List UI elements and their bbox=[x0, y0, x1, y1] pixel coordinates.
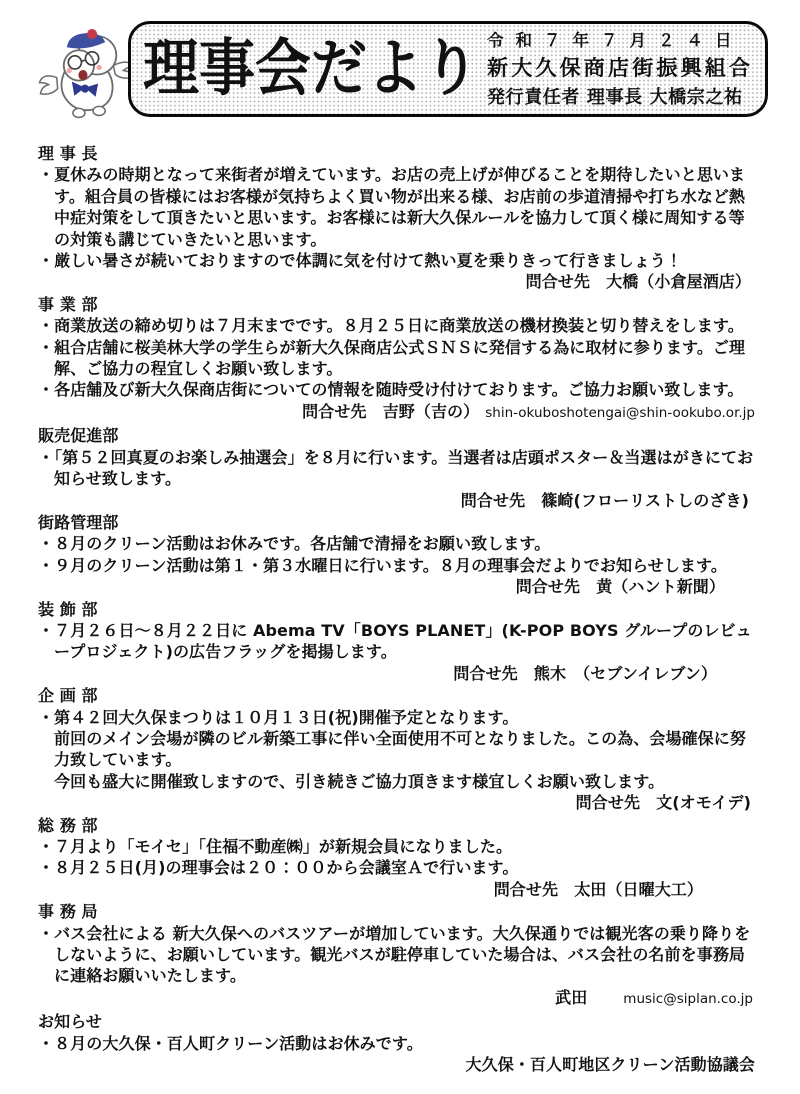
newsletter-body: 理 事 長 ・夏休みの時期となって来街者が増えています。お店の売上げが伸びること… bbox=[0, 120, 800, 1075]
issue-date: 令和７年７月２４日 bbox=[487, 28, 762, 53]
section-heading: 理 事 長 bbox=[38, 143, 755, 164]
contact-line: 問合せ先 文(オモイデ) bbox=[38, 792, 751, 813]
bullet-item: ・厳しい暑さが続いておりますので体調に気を付けて熱い夏を乗りきって行きましょう！ bbox=[38, 250, 755, 271]
contact-line: 問合せ先 篠崎(フローリストしのざき) bbox=[38, 490, 749, 511]
section-decoration-dept: 装 飾 部 ・７月２６日～８月２２日に Abema TV「BOYS PLANET… bbox=[38, 599, 755, 685]
bullet-item: ・組合店舗に桜美林大学の学生らが新大久保商店公式ＳＮＳに発信する為に取材に参りま… bbox=[38, 337, 755, 380]
bullet-item: ・７月より「モイセ」「住福不動産㈱」が新規会員になりました。 bbox=[38, 836, 755, 857]
publisher-line: 発行責任者 理事長 大橋宗之祐 bbox=[487, 84, 750, 111]
section-general-affairs-dept: 総 務 部 ・７月より「モイセ」「住福不動産㈱」が新規会員になりました。 ・８月… bbox=[38, 815, 755, 901]
section-heading: 街路管理部 bbox=[38, 512, 755, 533]
section-heading: 総 務 部 bbox=[38, 815, 755, 836]
section-sales-promotion-dept: 販売促進部 ・「第５２回真夏のお楽しみ抽選会」を８月に行います。当選者は店頭ポス… bbox=[38, 425, 755, 511]
masthead: 理事会だより 令和７年７月２４日 新大久保商店街振興組合 発行責任者 理事長 大… bbox=[0, 21, 800, 120]
section-heading: お知らせ bbox=[38, 1011, 755, 1032]
section-street-management-dept: 街路管理部 ・８月のクリーン活動はお休みです。各店舗で清掃をお願い致します。 ・… bbox=[38, 512, 755, 598]
contact-line: 大久保・百人町地区クリーン活動協議会 bbox=[38, 1054, 755, 1075]
newsletter-title: 理事会だより bbox=[143, 38, 479, 100]
bullet-item: ・夏休みの時期となって来街者が増えています。お店の売上げが伸びることを期待したい… bbox=[38, 164, 755, 250]
bullet-item: ・バス会社による 新大久保へのバスツアーが増加しています。大久保通りでは観光客の… bbox=[38, 923, 755, 987]
contact-email: shin-okuboshotengai@shin-ookubo.or.jp bbox=[485, 405, 755, 421]
contact-line: 問合せ先 大橋（小倉屋酒店） bbox=[38, 271, 751, 292]
masthead-box: 理事会だより 令和７年７月２４日 新大久保商店街振興組合 発行責任者 理事長 大… bbox=[128, 21, 768, 117]
bullet-item: ・８月のクリーン活動はお休みです。各店舗で清掃をお願い致します。 bbox=[38, 533, 755, 554]
section-heading: 事 業 部 bbox=[38, 294, 755, 315]
bullet-item: ・各店舗及び新大久保商店街についての情報を随時受け付けております。ご協力お願い致… bbox=[38, 379, 755, 400]
masthead-info: 令和７年７月２４日 新大久保商店街振興組合 発行責任者 理事長 大橋宗之祐 bbox=[487, 28, 750, 111]
section-heading: 企 画 部 bbox=[38, 685, 755, 706]
section-chairman: 理 事 長 ・夏休みの時期となって来街者が増えています。お店の売上げが伸びること… bbox=[38, 143, 755, 293]
bullet-item: ・商業放送の締め切りは７月末までです。８月２５日に商業放送の機材換装と切り替えを… bbox=[38, 315, 755, 336]
organization-name: 新大久保商店街振興組合 bbox=[487, 53, 753, 84]
section-notice: お知らせ ・８月の大久保・百人町クリーン活動はお休みです。 大久保・百人町地区ク… bbox=[38, 1011, 755, 1075]
bullet-item: ・９月のクリーン活動は第１・第３水曜日に行います。８月の理事会だよりでお知らせし… bbox=[38, 555, 755, 576]
angel-sheep-mascot-icon bbox=[34, 25, 140, 120]
contact-email: music@siplan.co.jp bbox=[623, 991, 753, 1007]
section-heading: 販売促進部 bbox=[38, 425, 755, 446]
contact-line: 問合せ先 吉野（吉の）shin-okuboshotengai@shin-ooku… bbox=[38, 401, 755, 424]
section-planning-dept: 企 画 部 ・第４２回大久保まつりは１０月１３日(祝)開催予定となります。 前回… bbox=[38, 685, 755, 813]
bullet-item: ・８月の大久保・百人町クリーン活動はお休みです。 bbox=[38, 1033, 755, 1054]
section-business-dept: 事 業 部 ・商業放送の締め切りは７月末までです。８月２５日に商業放送の機材換装… bbox=[38, 294, 755, 424]
bullet-item: ・８月２５日(月)の理事会は２０：００から会議室Ａで行います。 bbox=[38, 857, 755, 878]
contact-line: 問合せ先 黄（ハント新聞） bbox=[38, 576, 725, 597]
bullet-item: ・７月２６日～８月２２日に Abema TV「BOYS PLANET」(K-PO… bbox=[38, 620, 755, 663]
paragraph: 今回も盛大に開催致しますので、引き続きご協力頂きます様宜しくお願い致します。 bbox=[38, 771, 755, 792]
newsletter-page: 理事会だより 令和７年７月２４日 新大久保商店街振興組合 発行責任者 理事長 大… bbox=[0, 0, 800, 1094]
bullet-item: ・第４２回大久保まつりは１０月１３日(祝)開催予定となります。 bbox=[38, 707, 755, 728]
section-heading: 装 飾 部 bbox=[38, 599, 755, 620]
bullet-item: ・「第５２回真夏のお楽しみ抽選会」を８月に行います。当選者は店頭ポスター＆当選は… bbox=[38, 447, 755, 490]
contact-line: 問合せ先 太田（日曜大工） bbox=[38, 879, 703, 900]
contact-line: 問合せ先 熊木 （セブンイレブン） bbox=[38, 663, 717, 684]
section-heading: 事 務 局 bbox=[38, 901, 755, 922]
section-secretariat: 事 務 局 ・バス会社による 新大久保へのバスツアーが増加しています。大久保通り… bbox=[38, 901, 755, 1010]
contact-line: 武田music@siplan.co.jp bbox=[38, 987, 753, 1010]
paragraph: 前回のメイン会場が隣のビル新築工事に伴い全面使用不可となりました。この為、会場確… bbox=[38, 728, 755, 771]
